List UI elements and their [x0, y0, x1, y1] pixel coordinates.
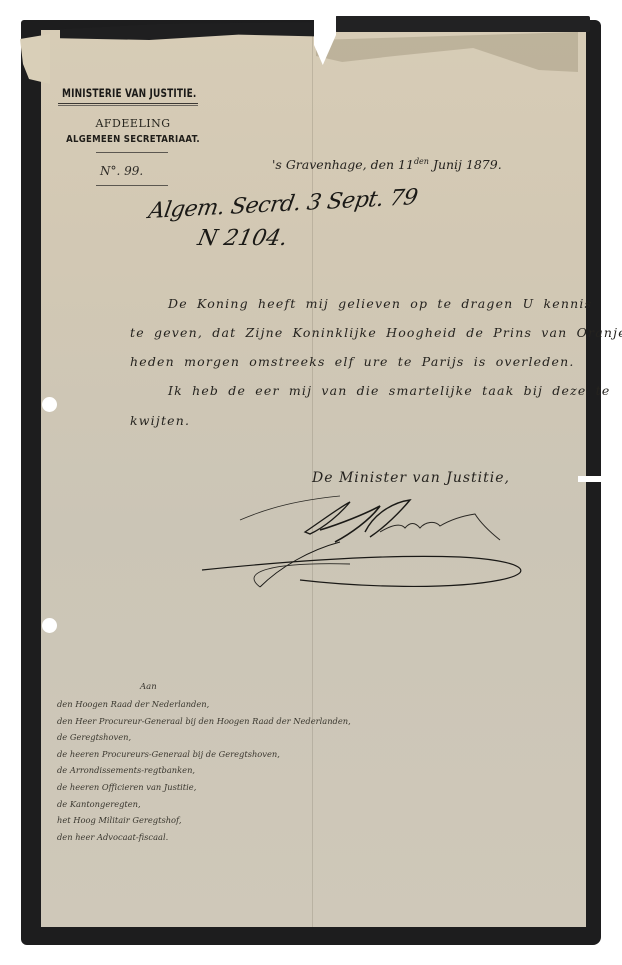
- addressee-item: de Geregtshoven,: [57, 729, 351, 746]
- signature: [200, 492, 550, 592]
- handwritten-annotation-line2: N 2104.: [195, 226, 290, 251]
- dateline-day-suffix: den: [414, 157, 429, 166]
- punch-hole-bottom: [42, 618, 57, 633]
- dateline-month-year: Junij 1879.: [433, 157, 502, 172]
- closing-title: De Minister van Justitie,: [312, 470, 510, 486]
- dateline: 's Gravenhage, den 11den Junij 1879.: [272, 157, 502, 172]
- body-line: te geven, dat Zijne Koninklijke Hoogheid…: [130, 325, 622, 340]
- body-line: Ik heb de eer mij van die smartelijke ta…: [168, 383, 610, 398]
- dateline-place: 's Gravenhage, den: [272, 157, 394, 172]
- addressee-item: den Heer Procureur-Generaal bij den Hoog…: [57, 713, 351, 730]
- addressee-item: den heer Advocaat-fiscaal.: [57, 829, 351, 846]
- document-number: N°. 99.: [100, 164, 143, 178]
- number-rule-bottom: [96, 185, 168, 186]
- edge-notch: [578, 476, 602, 482]
- addressee-list: den Hoogen Raad der Nederlanden, den Hee…: [57, 696, 351, 845]
- addressee-item: de Kantongeregten,: [57, 796, 351, 813]
- dateline-day: 11: [398, 157, 414, 172]
- body-line: De Koning heeft mij gelieven op te drage…: [168, 296, 592, 311]
- body-line: heden morgen omstreeks elf ure te Parijs…: [130, 354, 575, 369]
- addressee-heading: Aan: [140, 682, 157, 692]
- department-name: ALGEMEEN SECRETARIAAT.: [66, 134, 201, 145]
- torn-top-edge-right: [335, 16, 590, 32]
- addressee-item: de Arrondissements-regtbanken,: [57, 762, 351, 779]
- letterhead-rule: [58, 103, 198, 106]
- ministry-heading: MINISTERIE VAN JUSTITIE.: [62, 86, 196, 100]
- addressee-item: de heeren Procureurs-Generaal bij de Ger…: [57, 746, 351, 763]
- punch-hole-top: [42, 397, 57, 412]
- addressee-item: den Hoogen Raad der Nederlanden,: [57, 696, 351, 713]
- body-line: kwijten.: [130, 413, 190, 428]
- addressee-item: de heeren Officieren van Justitie,: [57, 779, 351, 796]
- department-label: AFDEELING: [58, 117, 208, 130]
- addressee-item: het Hoog Militair Geregtshof,: [57, 812, 351, 829]
- number-rule-top: [96, 152, 168, 153]
